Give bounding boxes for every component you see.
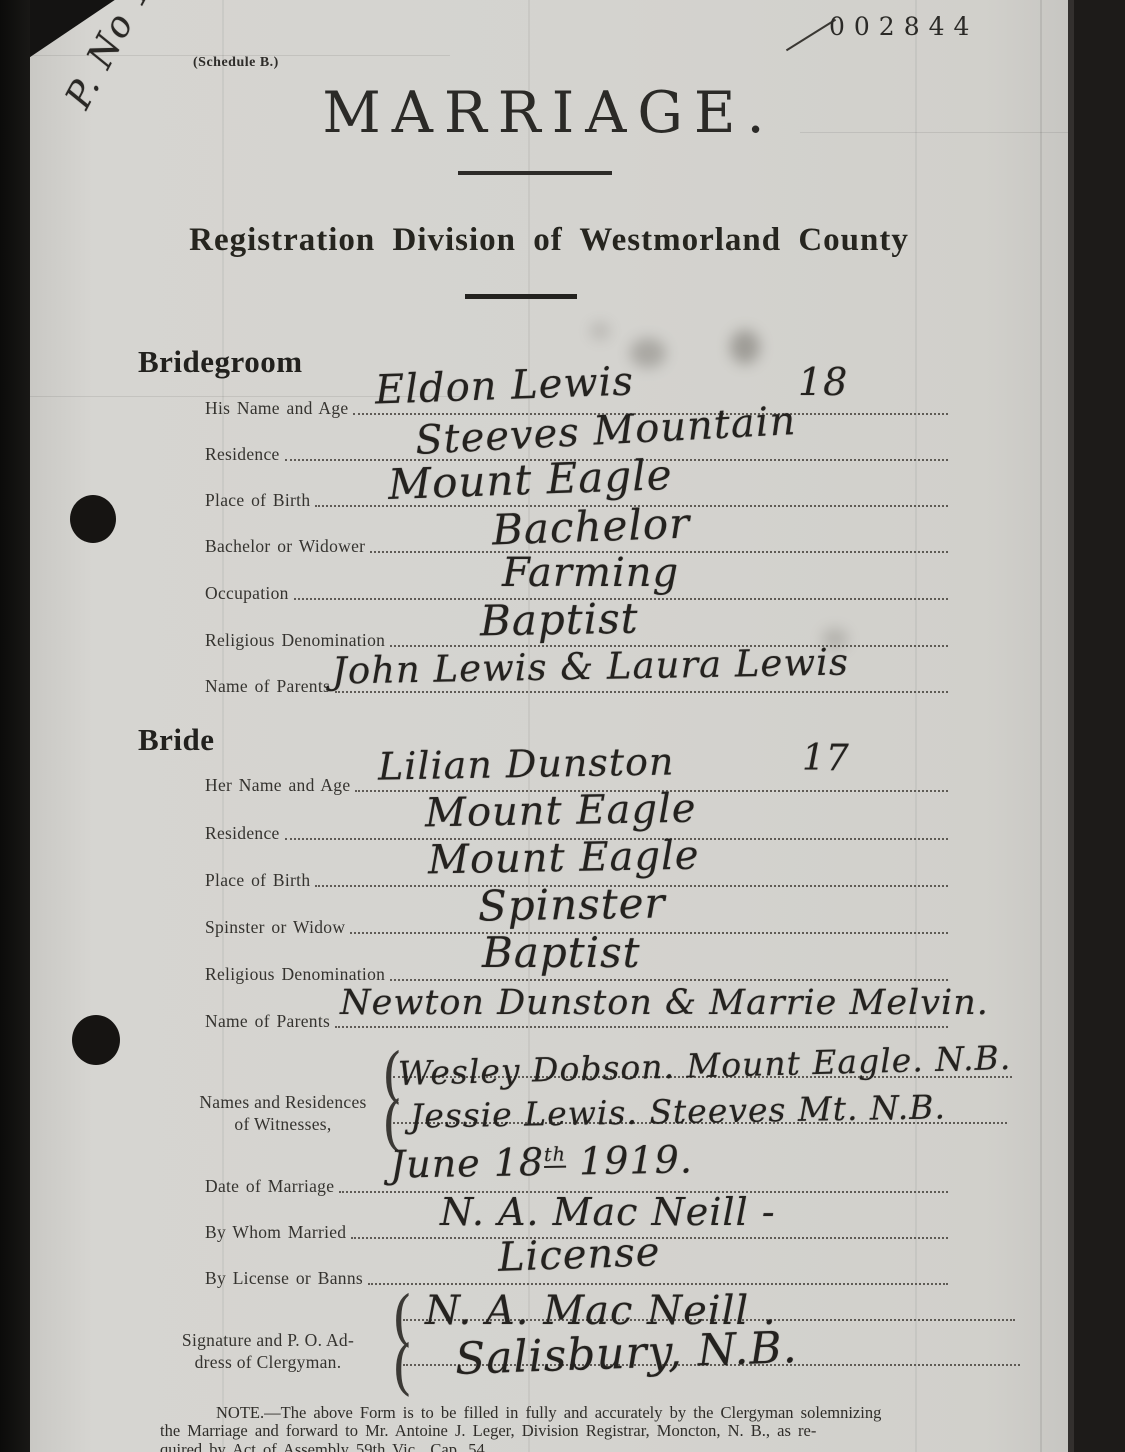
handwritten-groom-age: 18 — [798, 360, 848, 404]
field-label: Spinster or Widow — [205, 918, 350, 937]
footer-note-line1: NOTE.—The above Form is to be filled in … — [160, 1404, 960, 1422]
dotted-line — [368, 1283, 948, 1285]
witnesses-label: Names and Residences of Witnesses, — [180, 1092, 386, 1136]
field-label: Residence — [205, 824, 285, 843]
paper-fold-line — [1040, 0, 1042, 1452]
handwritten-groom-denomination: Baptist — [480, 594, 639, 646]
date-day: June 18 — [390, 1140, 545, 1187]
dotted-line — [335, 691, 948, 693]
handwritten-bride-status: Spinster — [478, 878, 666, 930]
scanned-document: P. No 18 (Schedule B.) 002844 MARRIAGE. … — [0, 0, 1125, 1452]
scanner-edge-right — [1068, 0, 1125, 1452]
footer-note-line2: the Marriage and forward to Mr. Antoine … — [160, 1422, 960, 1440]
handwritten-officiant: N. A. Mac Neill - — [440, 1190, 776, 1234]
field-label: By License or Banns — [205, 1269, 368, 1288]
clergyman-label-line2: dress of Clergyman. — [195, 1352, 342, 1372]
field-label: Occupation — [205, 584, 294, 603]
clergyman-label-line1: Signature and P. O. Ad- — [182, 1330, 354, 1350]
punch-hole — [70, 495, 116, 543]
handwritten-groom-status: Bachelor — [491, 499, 691, 555]
bridegroom-heading: Bridegroom — [138, 344, 303, 380]
title-divider — [458, 171, 612, 175]
handwritten-groom-parents: John Lewis & Laura Lewis — [332, 640, 850, 692]
handwritten-witness-2: Jessie Lewis. Steeves Mt. N.B. — [410, 1087, 947, 1135]
document-title: MARRIAGE. — [30, 80, 1068, 146]
date-ordinal: th — [544, 1144, 566, 1168]
handwritten-bride-name: Lilian Dunston — [378, 739, 675, 788]
ink-smudge — [630, 338, 666, 368]
handwritten-marriage-date: June 18th 1919. — [390, 1137, 694, 1186]
clergyman-brace-mark: ( — [392, 1338, 412, 1398]
handwritten-license: License — [497, 1229, 661, 1281]
handwritten-clergy-address: Salisbury, N.B. — [454, 1322, 798, 1385]
field-label: Bachelor or Widower — [205, 537, 370, 556]
ink-smudge — [730, 330, 760, 364]
clergyman-label: Signature and P. O. Ad- dress of Clergym… — [152, 1330, 384, 1374]
witnesses-label-line2: of Witnesses, — [234, 1114, 331, 1134]
field-label: Residence — [205, 445, 285, 464]
handwritten-bride-birthplace: Mount Eagle — [428, 833, 700, 884]
handwritten-bride-residence: Mount Eagle — [425, 786, 697, 837]
handwritten-bride-age: 17 — [802, 738, 850, 779]
handwritten-groom-name: Eldon Lewis — [374, 358, 634, 413]
field-label: His Name and Age — [205, 399, 353, 418]
registration-division-subtitle: Registration Division of Westmorland Cou… — [30, 222, 1068, 259]
scanner-edge-left — [0, 0, 30, 1452]
field-label: Religious Denomination — [205, 965, 390, 984]
bride-heading: Bride — [138, 722, 215, 758]
subtitle-divider — [465, 294, 577, 299]
certificate-number-stamp: 002844 — [829, 12, 978, 41]
punch-hole — [72, 1015, 120, 1065]
field-label: Name of Parents — [205, 1012, 335, 1031]
handwritten-bride-parents: Newton Dunston & Marrie Melvin. — [340, 983, 989, 1023]
paper-page: P. No 18 (Schedule B.) 002844 MARRIAGE. … — [30, 0, 1068, 1452]
dotted-line — [335, 1026, 948, 1028]
ink-smudge — [590, 322, 610, 340]
field-label: By Whom Married — [205, 1223, 351, 1242]
field-label: Date of Marriage — [205, 1177, 339, 1196]
footer-note-line3: quired by Act of Assembly 59th Vic., Cap… — [160, 1441, 960, 1452]
schedule-label: (Schedule B.) — [193, 55, 279, 71]
field-label: Name of Parents — [205, 677, 335, 696]
field-label: Religious Denomination — [205, 631, 390, 650]
field-label: Her Name and Age — [205, 776, 355, 795]
date-year: 1919. — [579, 1137, 694, 1183]
dotted-line — [350, 932, 948, 934]
handwritten-groom-occupation: Farming — [502, 550, 679, 596]
dotted-line — [390, 979, 948, 981]
field-label: Place of Birth — [205, 871, 315, 890]
witnesses-label-line1: Names and Residences — [199, 1092, 366, 1112]
field-label: Place of Birth — [205, 491, 315, 510]
handwritten-bride-denomination: Baptist — [482, 928, 641, 977]
handwritten-witness-1: Wesley Dobson. Mount Eagle. N.B. — [398, 1038, 1012, 1093]
